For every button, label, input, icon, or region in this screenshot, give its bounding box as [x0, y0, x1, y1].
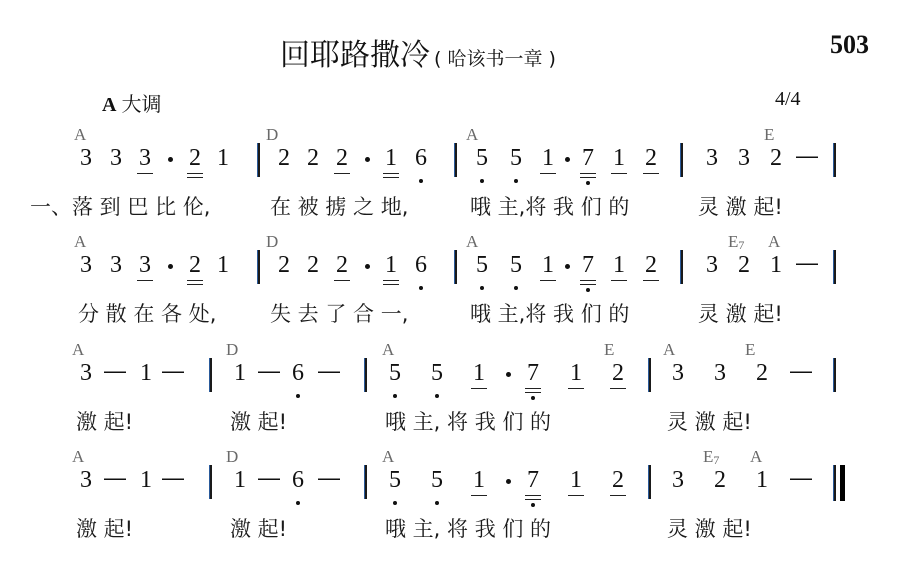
- extension-dash: —: [104, 358, 126, 384]
- key-text: 大调: [121, 94, 161, 116]
- key-signature: A 大调: [102, 88, 161, 117]
- extension-dash: —: [796, 250, 818, 276]
- chord-symbol: E7: [703, 447, 719, 467]
- hymn-title: 回耶路撒冷( 哈该书一章 ): [280, 30, 556, 74]
- chord-symbol: A: [750, 447, 762, 467]
- barline: [834, 143, 836, 177]
- lyric-text: 激 起!: [76, 406, 133, 436]
- chord-symbol: E7: [728, 232, 744, 252]
- lyric-text: 灵 激 起!: [667, 406, 752, 436]
- note: 1: [470, 467, 488, 493]
- chord-symbol: A: [72, 340, 84, 360]
- final-barline-thin: [834, 465, 836, 501]
- note: 3: [669, 467, 687, 493]
- hymn-number: 503: [830, 30, 869, 60]
- note: 3: [77, 360, 95, 386]
- note: 1: [137, 360, 155, 386]
- extension-dash: —: [790, 465, 812, 491]
- lyric-text: 哦 主, 将 我 们 的: [385, 513, 551, 543]
- extension-dash: —: [318, 465, 340, 491]
- note: 2: [609, 467, 627, 493]
- note: 5: [507, 252, 525, 278]
- note: 5: [473, 145, 491, 171]
- note: 1: [567, 360, 585, 386]
- barline: [649, 465, 651, 499]
- note: 3: [136, 145, 154, 171]
- note: 1: [539, 145, 557, 171]
- chord-symbol: A: [466, 125, 478, 145]
- chord-symbol: D: [226, 447, 238, 467]
- note: 3: [77, 252, 95, 278]
- lyric-text: 激 起!: [76, 513, 133, 543]
- lyric-text: 一、落 到 巴 比 伦,: [30, 191, 210, 221]
- note: 3: [107, 145, 125, 171]
- extension-dash: —: [796, 143, 818, 169]
- augmentation-dot: [168, 157, 173, 162]
- note: 2: [609, 360, 627, 386]
- lyric-text: 激 起!: [230, 513, 287, 543]
- barline: [210, 465, 212, 499]
- note: 3: [77, 145, 95, 171]
- note: 1: [610, 145, 628, 171]
- note: 7: [579, 145, 597, 171]
- note: 2: [333, 145, 351, 171]
- note: 2: [275, 145, 293, 171]
- augmentation-dot: [565, 264, 570, 269]
- augmentation-dot: [168, 264, 173, 269]
- note: 3: [703, 252, 721, 278]
- barline: [258, 143, 260, 177]
- note: 7: [524, 360, 542, 386]
- extension-dash: —: [104, 465, 126, 491]
- chord-symbol: A: [72, 447, 84, 467]
- barline: [258, 250, 260, 284]
- barline: [834, 250, 836, 284]
- chord-symbol: E: [604, 340, 614, 360]
- note: 1: [470, 360, 488, 386]
- extension-dash: —: [790, 358, 812, 384]
- note: 6: [412, 252, 430, 278]
- note: 2: [304, 145, 322, 171]
- note: 1: [214, 252, 232, 278]
- chord-symbol: A: [768, 232, 780, 252]
- chord-symbol: A: [382, 447, 394, 467]
- lyric-text: 灵 激 起!: [698, 191, 783, 221]
- lyric-text: 灵 激 起!: [698, 298, 783, 328]
- lyric-text: 在 被 掳 之 地,: [270, 191, 408, 221]
- barline: [365, 358, 367, 392]
- chord-symbol: D: [266, 125, 278, 145]
- note: 2: [753, 360, 771, 386]
- note: 7: [524, 467, 542, 493]
- note: 3: [77, 467, 95, 493]
- extension-dash: —: [318, 358, 340, 384]
- lyric-text: 失 去 了 合 一,: [270, 298, 408, 328]
- note: 5: [473, 252, 491, 278]
- note: 2: [186, 252, 204, 278]
- note: 6: [412, 145, 430, 171]
- note: 1: [610, 252, 628, 278]
- barline: [365, 465, 367, 499]
- extension-dash: —: [162, 358, 184, 384]
- augmentation-dot: [506, 479, 511, 484]
- note: 5: [428, 360, 446, 386]
- note: 2: [186, 145, 204, 171]
- augmentation-dot: [506, 372, 511, 377]
- lyric-text: 分 散 在 各 处,: [78, 298, 216, 328]
- barline: [834, 358, 836, 392]
- barline: [649, 358, 651, 392]
- barline: [681, 143, 683, 177]
- chord-symbol: E: [764, 125, 774, 145]
- chord-symbol: A: [74, 232, 86, 252]
- barline: [210, 358, 212, 392]
- lyric-text: 灵 激 起!: [667, 513, 752, 543]
- note: 2: [304, 252, 322, 278]
- augmentation-dot: [365, 264, 370, 269]
- note: 2: [642, 145, 660, 171]
- note: 1: [137, 467, 155, 493]
- note: 3: [669, 360, 687, 386]
- barline: [455, 143, 457, 177]
- note: 5: [386, 467, 404, 493]
- note: 2: [333, 252, 351, 278]
- lyric-text: 哦 主,将 我 们 的: [470, 191, 629, 221]
- note: 2: [642, 252, 660, 278]
- chord-symbol: D: [266, 232, 278, 252]
- lyric-text: 哦 主, 将 我 们 的: [385, 406, 551, 436]
- note: 2: [275, 252, 293, 278]
- extension-dash: —: [258, 465, 280, 491]
- note: 1: [231, 467, 249, 493]
- chord-symbol: A: [466, 232, 478, 252]
- title-text: 回耶路撒冷: [280, 38, 430, 73]
- chord-symbol: A: [663, 340, 675, 360]
- note: 1: [539, 252, 557, 278]
- key-letter: A: [102, 94, 116, 116]
- note: 1: [382, 252, 400, 278]
- time-signature: 4/4: [775, 88, 801, 111]
- note: 6: [289, 467, 307, 493]
- barline: [455, 250, 457, 284]
- note: 3: [735, 145, 753, 171]
- note: 2: [735, 252, 753, 278]
- note: 1: [567, 467, 585, 493]
- lyric-text: 激 起!: [230, 406, 287, 436]
- note: 2: [711, 467, 729, 493]
- note: 3: [703, 145, 721, 171]
- barline: [681, 250, 683, 284]
- note: 6: [289, 360, 307, 386]
- augmentation-dot: [365, 157, 370, 162]
- note: 3: [711, 360, 729, 386]
- note: 3: [136, 252, 154, 278]
- chord-symbol: E: [745, 340, 755, 360]
- note: 1: [214, 145, 232, 171]
- note: 5: [428, 467, 446, 493]
- note: 1: [382, 145, 400, 171]
- note: 1: [231, 360, 249, 386]
- note: 5: [386, 360, 404, 386]
- lyric-text: 哦 主,将 我 们 的: [470, 298, 629, 328]
- note: 2: [767, 145, 785, 171]
- chord-symbol: A: [74, 125, 86, 145]
- extension-dash: —: [258, 358, 280, 384]
- chord-symbol: D: [226, 340, 238, 360]
- final-barline-thick: [840, 465, 845, 501]
- note: 5: [507, 145, 525, 171]
- augmentation-dot: [565, 157, 570, 162]
- note: 1: [767, 252, 785, 278]
- subtitle-text: ( 哈该书一章 ): [434, 48, 556, 70]
- note: 7: [579, 252, 597, 278]
- note: 1: [753, 467, 771, 493]
- note: 3: [107, 252, 125, 278]
- extension-dash: —: [162, 465, 184, 491]
- chord-symbol: A: [382, 340, 394, 360]
